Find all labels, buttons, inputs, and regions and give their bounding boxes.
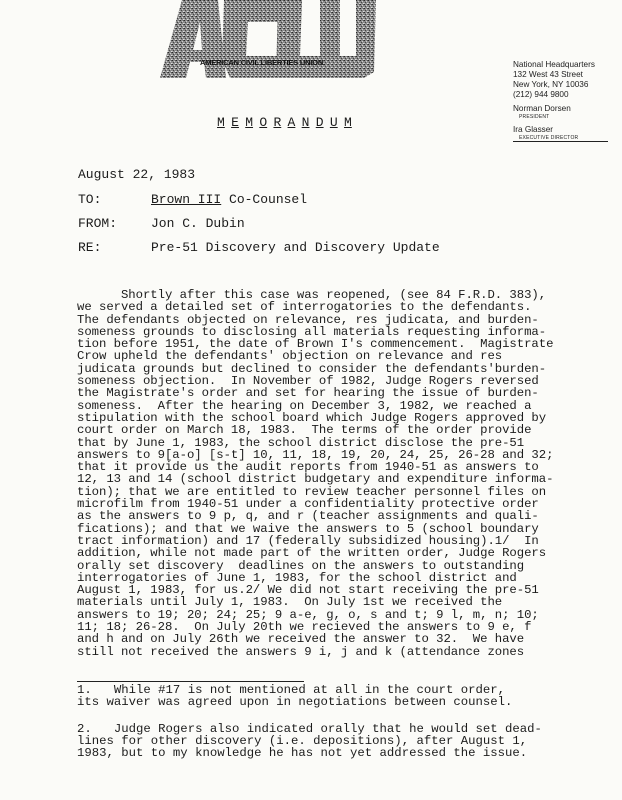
body-line: court order on March 18, 1983. The terms… [77,424,597,436]
body-line: we served a detailed set of interrogator… [77,301,597,313]
re-value: Pre-51 Discovery and Discovery Update [151,240,440,255]
body-line: and h and on July 26th we received the a… [77,633,597,645]
footnote-1: 1. While #17 is not mentioned at all in … [77,684,597,708]
address-line: New York, NY 10036 [513,80,613,90]
aclu-logo [160,0,390,80]
phone-number: (212) 944 9800 [513,90,613,100]
re-label: RE: [78,240,101,255]
from-label: FROM: [78,216,117,231]
address-line: 132 West 43 Street [513,70,613,80]
footnote-line: 1983, but to my knowledge he has not yet… [77,747,597,759]
headquarters-block: National Headquarters 132 West 43 Street… [513,60,613,142]
from-value: Jon C. Dubin [151,216,245,231]
body-line: addition, while not made part of the wri… [77,547,597,559]
memo-body: Shortly after this case was reopened, (s… [77,289,597,658]
footnote-line: its waiver was agreed upon in negotiatio… [77,696,597,708]
footnote-divider [77,681,304,682]
body-line: that by June 1, 1983, the school distric… [77,437,597,449]
body-line: the Magistrate's order and set for heari… [77,387,597,399]
officer-title: PRESIDENT [519,114,613,121]
to-label: TO: [78,192,101,207]
memo-heading: MEMORANDUM [217,115,358,130]
body-line: as the answers to 9 p, q, and r (teacher… [77,510,597,522]
footnote-2: 2. Judge Rogers also indicated orally th… [77,723,597,759]
organization-name: AMERICAN CIVIL LIBERTIES UNION. [200,58,325,67]
address-line: National Headquarters [513,60,613,70]
to-value: Brown III Co-Counsel [151,192,307,207]
body-line: Crow upheld the defendants' objection on… [77,350,597,362]
body-line: materials until July 1, 1983. On July 1s… [77,596,597,608]
officer-name: Norman Dorsen [513,104,613,114]
divider [513,141,608,142]
body-line: orally set discovery deadlines on the an… [77,560,597,572]
officer-name: Ira Glasser [513,125,613,135]
body-line: still not received the answers 9 i, j an… [77,646,597,658]
aclu-logo-graphic [160,0,390,80]
body-line: 12, 13 and 14 (school district budgetary… [77,473,597,485]
memo-date: August 22, 1983 [78,167,195,182]
